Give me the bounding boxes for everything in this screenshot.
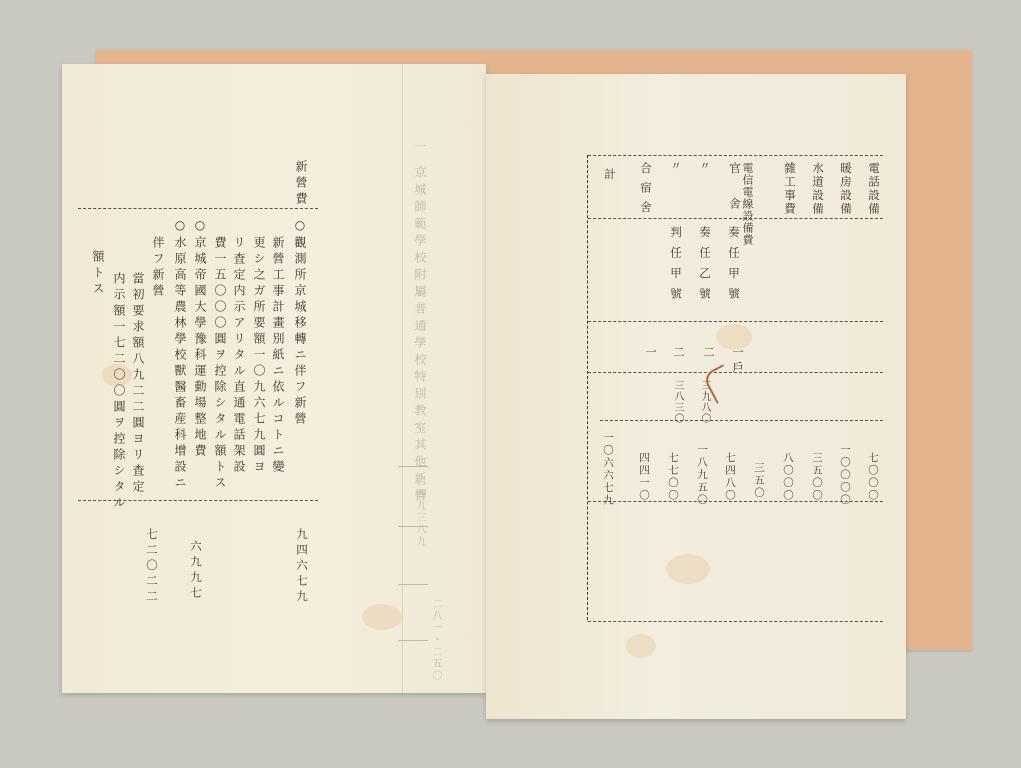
amount-total: 一〇六六七九 — [601, 432, 616, 507]
paragraph-11: 額トス — [88, 250, 107, 298]
faint-rule-2 — [398, 526, 428, 527]
faint-title: 一 京城師範學校附屬普通學校特別教室其他新營 — [410, 140, 429, 506]
faint-number-1: 二四九三八九 — [410, 476, 429, 548]
faint-rule-4 — [398, 640, 428, 641]
amount-3: 七二〇二二 — [144, 528, 160, 606]
col-telephone-equipment: 電話設備 — [864, 162, 883, 216]
table-bottom-rule — [588, 621, 883, 622]
area-2: 三八三〇 — [670, 380, 685, 424]
rule-bottom — [78, 500, 318, 501]
paragraph-6: ○京城帝國大學豫科運動場整地費 — [190, 218, 209, 460]
paragraph-10: 内示額一七二〇〇圓ヲ控除シタル — [109, 272, 128, 512]
amount-2: 六九九七 — [188, 540, 204, 602]
col-heating-equipment: 暖房設備 — [836, 162, 855, 216]
amount-misc: 八〇〇〇 — [781, 452, 796, 502]
count-2: 二 — [699, 346, 718, 362]
col-ditto-1: 〃 — [695, 160, 714, 175]
table-left-rule — [587, 155, 588, 620]
table-rank-rule — [588, 321, 883, 322]
amount-residence-c: 七七〇〇 — [666, 452, 681, 502]
col-water-supply: 水道設備 — [808, 162, 827, 216]
paragraph-9: 當初要求額八九二二圓ヨリ査定 — [128, 272, 147, 496]
rank-sonin-b: 奏任乙號 — [695, 226, 714, 308]
paragraph-3: 更シ之ガ所要額一〇九六七九圓ヨ — [249, 236, 268, 476]
paragraph-7: ○水原高等農林學校獸醫畜産科增設ニ — [170, 218, 189, 492]
amount-heating: 一〇〇〇〇 — [838, 444, 853, 507]
faint-number-2: 二八一・二五〇 — [426, 598, 445, 682]
amount-telephone: 七〇〇〇 — [866, 452, 881, 502]
table-top-rule — [588, 155, 883, 156]
table-area-rule — [600, 420, 883, 421]
amount-residence-a: 七四八〇 — [723, 452, 738, 502]
paragraph-8: 伴フ新營 — [148, 236, 167, 300]
faint-rule-1 — [398, 466, 428, 467]
amount-1: 九四六七九 — [294, 528, 310, 606]
amount-dormitory: 四四一〇 — [637, 452, 652, 502]
paragraph-1: ○觀測所京城移轉ニ伴フ新營 — [290, 218, 309, 428]
paragraph-4: リ査定内示アリタル直通電話架設 — [229, 236, 248, 476]
amount-telegraph: 三五〇 — [752, 462, 767, 500]
faint-rule-3 — [398, 584, 428, 585]
col-official-residence: 官舍 — [725, 162, 744, 233]
col-ditto-2: 〃 — [666, 160, 685, 175]
col-total: 計 — [600, 168, 619, 184]
paragraph-2: 新營工事計畫別紙ニ依ルコトニ變 — [268, 236, 287, 476]
count-4: 一 — [641, 346, 660, 362]
col-dormitory: 合宿舍 — [636, 162, 655, 221]
paragraph-5: 費一五〇〇〇圓ヲ控除シタル額トス — [210, 236, 229, 492]
rank-sonin-a: 奏任甲號 — [724, 226, 743, 308]
fold-line — [402, 64, 403, 693]
rank-hannin-a: 判任甲號 — [666, 226, 685, 308]
col-misc-works: 雜工事費 — [780, 162, 799, 216]
amount-water: 三五〇〇 — [810, 452, 825, 502]
count-1: 一戶 — [728, 346, 747, 377]
count-3: 二 — [669, 346, 688, 362]
rule-top — [78, 208, 318, 209]
heading-new-construction: 新營費 — [291, 160, 310, 208]
amount-residence-b: 一八九五〇 — [695, 444, 710, 507]
